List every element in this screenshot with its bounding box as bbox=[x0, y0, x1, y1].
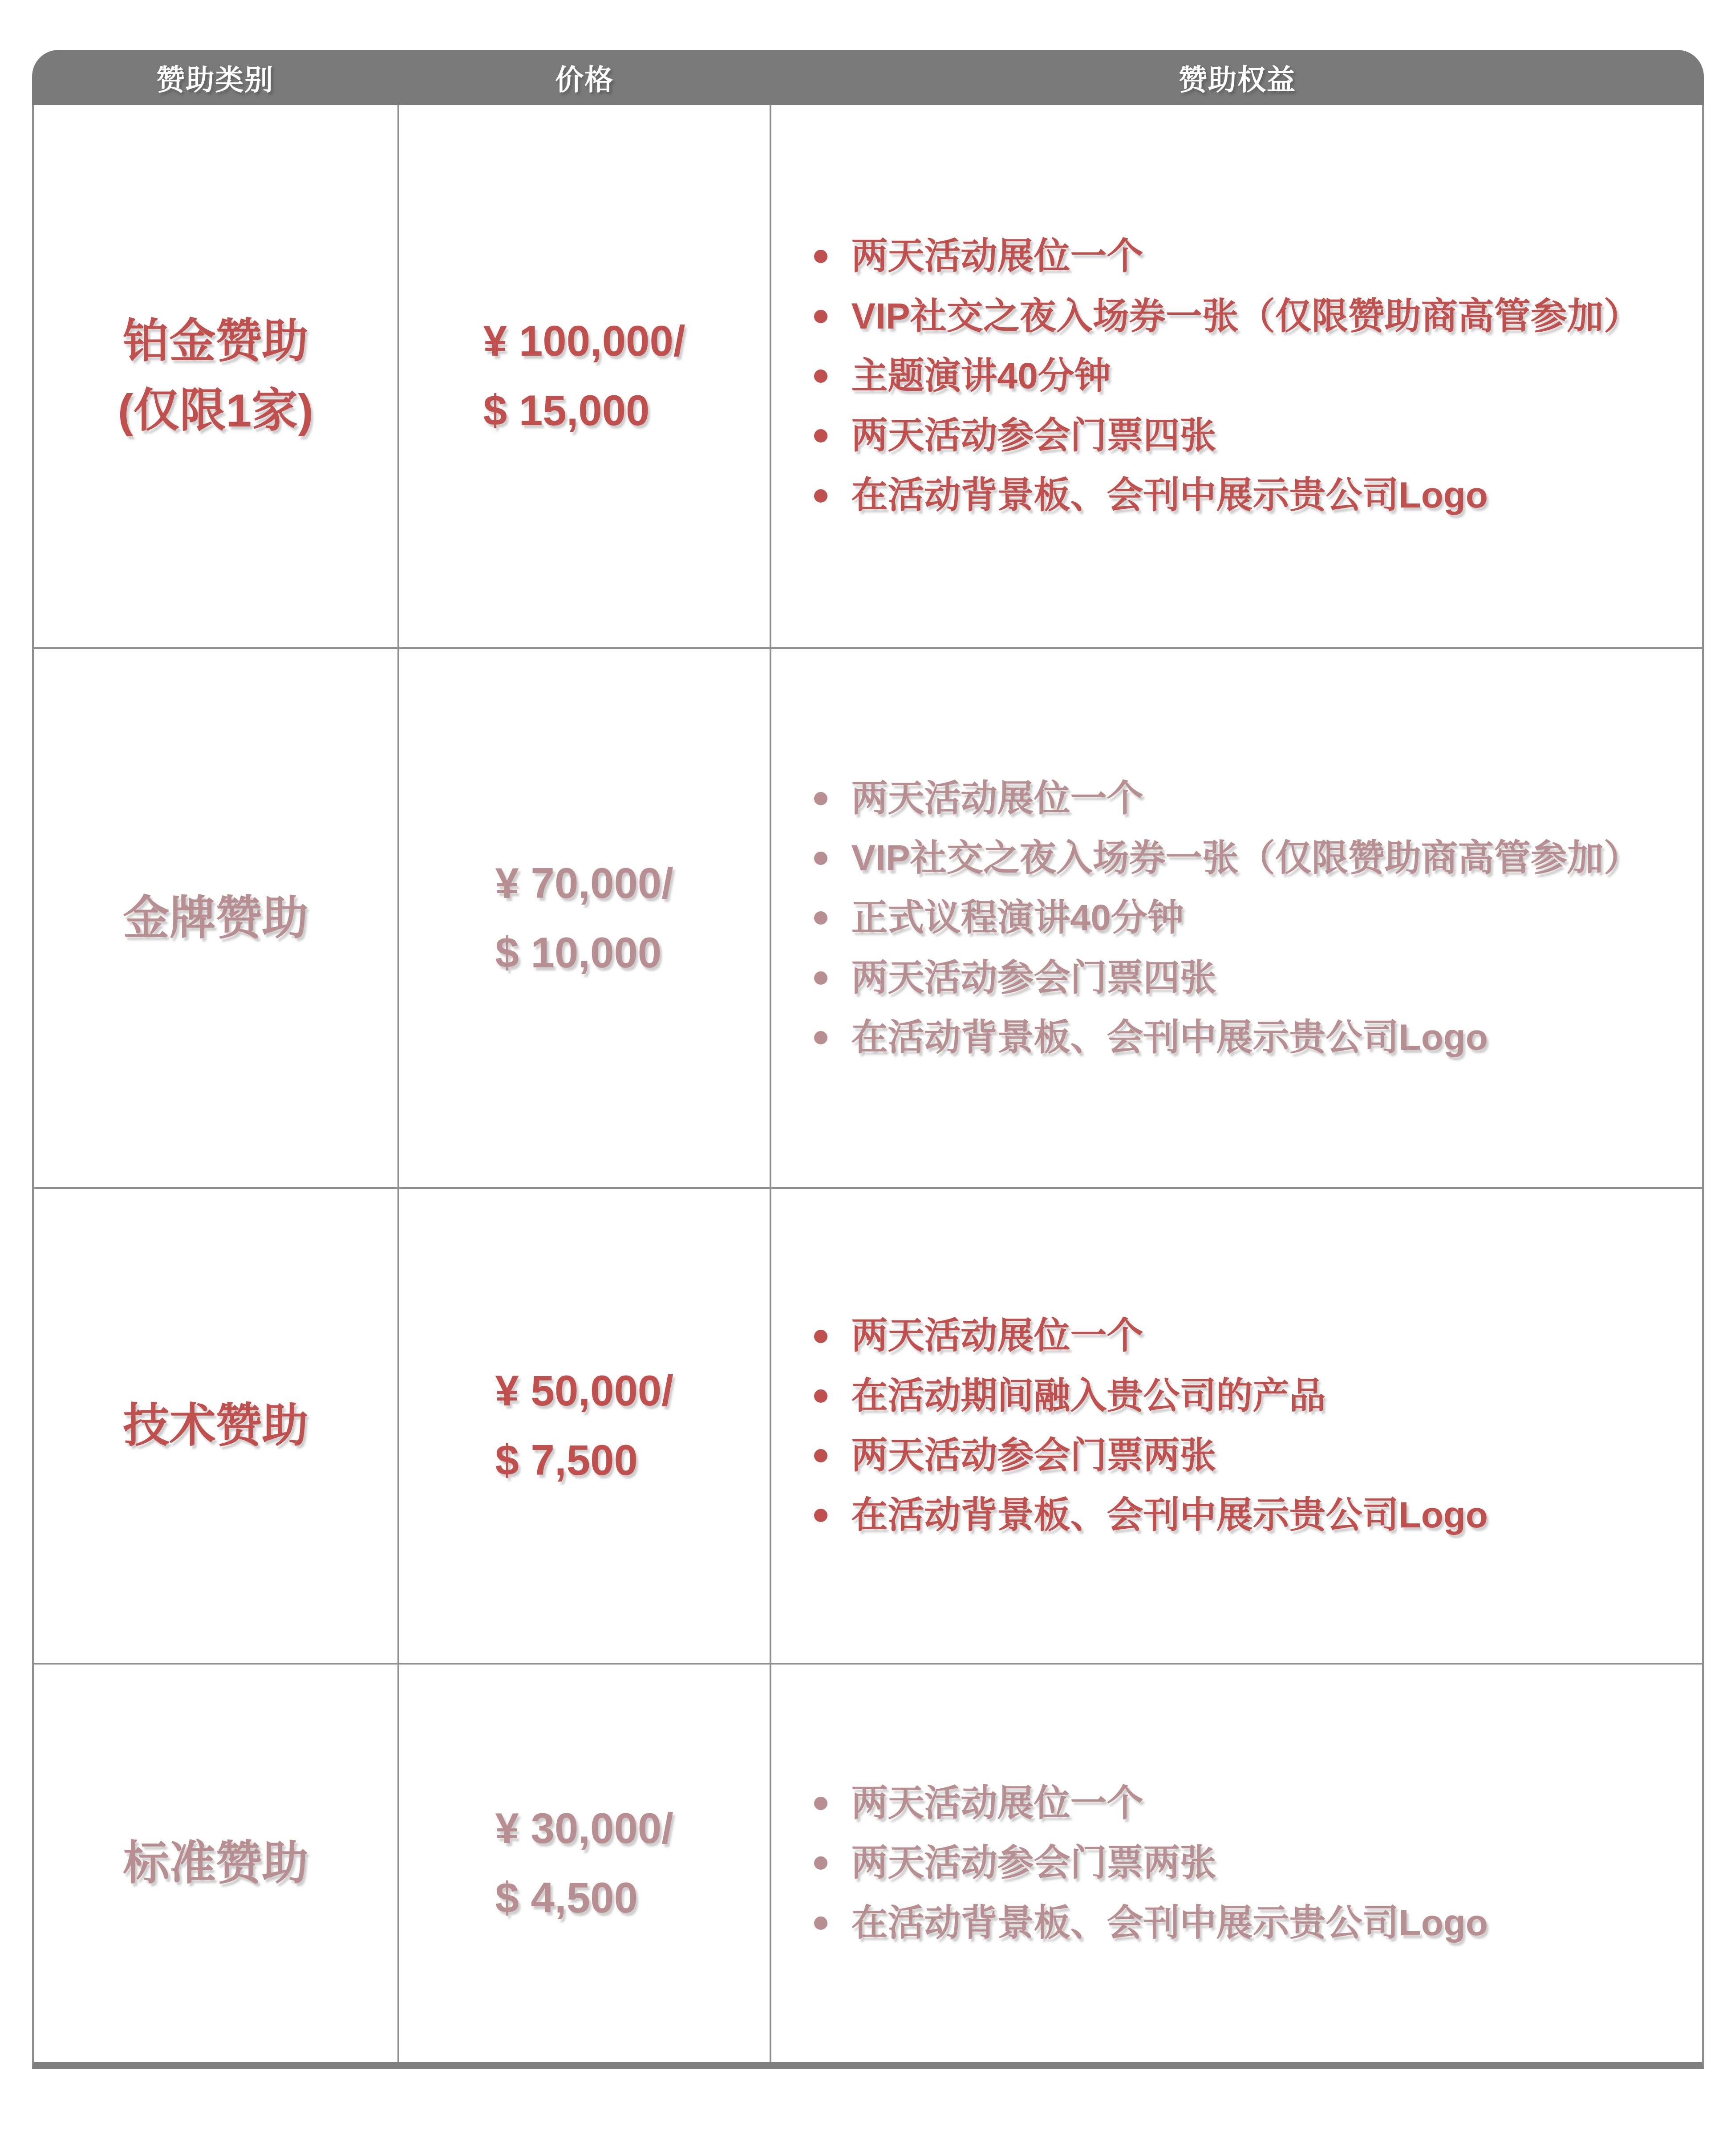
price-cell: ¥ 30,000/ $ 4,500 bbox=[399, 1665, 771, 2062]
bullet-icon bbox=[814, 911, 827, 925]
benefit-item: 在活动背景板、会刊中展示贵公司Logo bbox=[814, 1494, 1684, 1536]
benefit-text: 在活动背景板、会刊中展示贵公司Logo bbox=[851, 1902, 1488, 1944]
tier-name: 标准赞助 bbox=[123, 1829, 308, 1898]
price-block: ¥ 50,000/ $ 7,500 bbox=[495, 1356, 673, 1495]
tier-name: 铂金赞助 bbox=[123, 307, 308, 376]
benefit-item: 两天活动参会门票两张 bbox=[814, 1435, 1684, 1477]
benefit-text: 在活动背景板、会刊中展示贵公司Logo bbox=[851, 1017, 1488, 1059]
benefit-item: 两天活动展位一个 bbox=[814, 1782, 1684, 1824]
benefits-cell: 两天活动展位一个 在活动期间融入贵公司的产品 两天活动参会门票两张 在活动背景板… bbox=[771, 1189, 1702, 1663]
table-row-technology: 技术赞助 ¥ 50,000/ $ 7,500 两天活动展位一个 在活动期间融入贵… bbox=[34, 1187, 1702, 1663]
benefit-item: 在活动期间融入贵公司的产品 bbox=[814, 1375, 1684, 1417]
tier-note: (仅限1家) bbox=[118, 376, 313, 446]
bullet-icon bbox=[814, 489, 827, 503]
price-usd: $ 15,000 bbox=[483, 376, 685, 446]
category-cell: 技术赞助 bbox=[34, 1189, 399, 1663]
bullet-icon bbox=[814, 250, 827, 263]
benefit-text: 两天活动展位一个 bbox=[851, 1782, 1143, 1824]
bullet-icon bbox=[814, 1330, 827, 1343]
bullet-icon bbox=[814, 310, 827, 323]
benefits-cell: 两天活动展位一个 VIP社交之夜入场券一张（仅限赞助商高管参加） 正式议程演讲4… bbox=[771, 649, 1702, 1187]
benefit-text: 两天活动参会门票两张 bbox=[851, 1842, 1216, 1884]
benefit-item: 两天活动参会门票四张 bbox=[814, 957, 1684, 999]
benefit-item: 两天活动展位一个 bbox=[814, 1315, 1684, 1357]
table-row-platinum: 铂金赞助 (仅限1家) ¥ 100,000/ $ 15,000 两天活动展位一个… bbox=[34, 105, 1702, 647]
bullet-icon bbox=[814, 1856, 827, 1870]
benefit-text: 两天活动参会门票四张 bbox=[851, 957, 1216, 999]
benefit-text: 两天活动展位一个 bbox=[851, 778, 1143, 820]
table-row-gold: 金牌赞助 ¥ 70,000/ $ 10,000 两天活动展位一个 VIP社交之夜… bbox=[34, 647, 1702, 1187]
benefit-item: VIP社交之夜入场券一张（仅限赞助商高管参加） bbox=[814, 296, 1684, 337]
benefit-item: 正式议程演讲40分钟 bbox=[814, 897, 1684, 939]
benefit-text: 正式议程演讲40分钟 bbox=[851, 897, 1184, 939]
benefit-item: 在活动背景板、会刊中展示贵公司Logo bbox=[814, 475, 1684, 516]
price-usd: $ 10,000 bbox=[495, 918, 673, 988]
price-block: ¥ 70,000/ $ 10,000 bbox=[495, 849, 673, 987]
benefit-text: 在活动背景板、会刊中展示贵公司Logo bbox=[851, 1494, 1488, 1536]
benefits-list: 两天活动展位一个 VIP社交之夜入场券一张（仅限赞助商高管参加） 正式议程演讲4… bbox=[814, 760, 1684, 1076]
table-header-row: 赞助类别 价格 赞助权益 bbox=[32, 50, 1704, 105]
benefit-text: 两天活动展位一个 bbox=[851, 235, 1143, 277]
table-row-standard: 标准赞助 ¥ 30,000/ $ 4,500 两天活动展位一个 两天活动参会门票… bbox=[34, 1663, 1702, 2062]
header-cell-price: 价格 bbox=[398, 57, 771, 98]
price-cell: ¥ 50,000/ $ 7,500 bbox=[399, 1189, 771, 1663]
table-body: 铂金赞助 (仅限1家) ¥ 100,000/ $ 15,000 两天活动展位一个… bbox=[32, 105, 1704, 2069]
benefit-item: 两天活动参会门票四张 bbox=[814, 415, 1684, 457]
benefit-text: VIP社交之夜入场券一张（仅限赞助商高管参加） bbox=[851, 837, 1640, 879]
benefit-item: VIP社交之夜入场券一张（仅限赞助商高管参加） bbox=[814, 837, 1684, 879]
benefit-text: 两天活动展位一个 bbox=[851, 1315, 1143, 1357]
benefits-list: 两天活动展位一个 两天活动参会门票两张 在活动背景板、会刊中展示贵公司Logo bbox=[814, 1765, 1684, 1962]
bullet-icon bbox=[814, 852, 827, 865]
benefits-list: 两天活动展位一个 VIP社交之夜入场券一张（仅限赞助商高管参加） 主题演讲40分… bbox=[814, 218, 1684, 534]
benefit-text: 主题演讲40分钟 bbox=[851, 355, 1111, 397]
benefits-cell: 两天活动展位一个 VIP社交之夜入场券一张（仅限赞助商高管参加） 主题演讲40分… bbox=[771, 105, 1702, 647]
bullet-icon bbox=[814, 1797, 827, 1810]
benefit-item: 两天活动展位一个 bbox=[814, 778, 1684, 820]
price-cny: ¥ 50,000/ bbox=[495, 1356, 673, 1426]
header-cell-category: 赞助类别 bbox=[32, 57, 398, 98]
bullet-icon bbox=[814, 1031, 827, 1044]
bullet-icon bbox=[814, 792, 827, 805]
bullet-icon bbox=[814, 1389, 827, 1403]
tier-name: 金牌赞助 bbox=[123, 884, 308, 953]
bullet-icon bbox=[814, 369, 827, 383]
category-cell: 标准赞助 bbox=[34, 1665, 399, 2062]
price-usd: $ 7,500 bbox=[495, 1426, 673, 1495]
category-cell: 铂金赞助 (仅限1家) bbox=[34, 105, 399, 647]
sponsorship-table: 赞助类别 价格 赞助权益 铂金赞助 (仅限1家) ¥ 100,000/ $ 15… bbox=[32, 50, 1704, 2069]
price-usd: $ 4,500 bbox=[495, 1864, 673, 1933]
price-cell: ¥ 70,000/ $ 10,000 bbox=[399, 649, 771, 1187]
price-cny: ¥ 30,000/ bbox=[495, 1794, 673, 1864]
benefit-text: VIP社交之夜入场券一张（仅限赞助商高管参加） bbox=[851, 296, 1640, 337]
bullet-icon bbox=[814, 971, 827, 985]
benefit-item: 在活动背景板、会刊中展示贵公司Logo bbox=[814, 1017, 1684, 1059]
bullet-icon bbox=[814, 1916, 827, 1930]
price-block: ¥ 100,000/ $ 15,000 bbox=[483, 307, 685, 445]
price-cny: ¥ 70,000/ bbox=[495, 849, 673, 918]
benefit-text: 在活动背景板、会刊中展示贵公司Logo bbox=[851, 475, 1488, 516]
price-cell: ¥ 100,000/ $ 15,000 bbox=[399, 105, 771, 647]
price-cny: ¥ 100,000/ bbox=[483, 307, 685, 376]
bullet-icon bbox=[814, 1509, 827, 1522]
bullet-icon bbox=[814, 429, 827, 443]
tier-name: 技术赞助 bbox=[123, 1391, 308, 1461]
bullet-icon bbox=[814, 1449, 827, 1462]
benefits-cell: 两天活动展位一个 两天活动参会门票两张 在活动背景板、会刊中展示贵公司Logo bbox=[771, 1665, 1702, 2062]
benefit-item: 在活动背景板、会刊中展示贵公司Logo bbox=[814, 1902, 1684, 1944]
benefit-item: 主题演讲40分钟 bbox=[814, 355, 1684, 397]
benefit-item: 两天活动展位一个 bbox=[814, 235, 1684, 277]
header-cell-benefits: 赞助权益 bbox=[771, 57, 1704, 98]
benefit-text: 两天活动参会门票四张 bbox=[851, 415, 1216, 457]
price-block: ¥ 30,000/ $ 4,500 bbox=[495, 1794, 673, 1933]
benefit-text: 两天活动参会门票两张 bbox=[851, 1435, 1216, 1477]
benefits-list: 两天活动展位一个 在活动期间融入贵公司的产品 两天活动参会门票两张 在活动背景板… bbox=[814, 1297, 1684, 1554]
benefit-text: 在活动期间融入贵公司的产品 bbox=[851, 1375, 1326, 1417]
category-cell: 金牌赞助 bbox=[34, 649, 399, 1187]
benefit-item: 两天活动参会门票两张 bbox=[814, 1842, 1684, 1884]
